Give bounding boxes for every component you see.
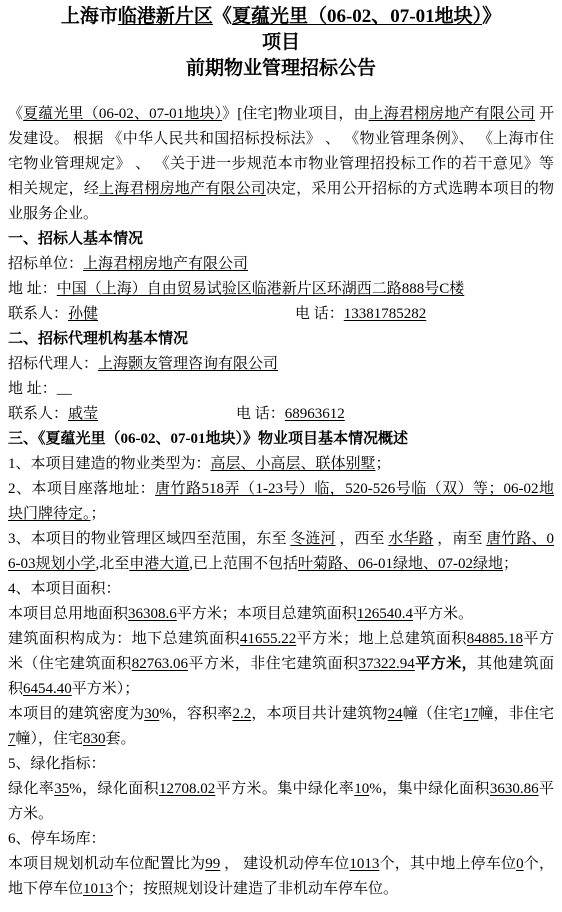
item-4-area-label: 4、本项目面积： [8, 577, 554, 602]
title-line-3: 前期物业管理招标公告 [8, 56, 554, 82]
bidder-contact-name: 联系人：孙健 [8, 302, 295, 327]
section-1-heading: 一、招标人基本情况 [8, 227, 554, 252]
item-4-area-line-1: 本项目总用地面积36308.6平方米；本项目总建筑面积126540.4平方米。 [8, 602, 554, 627]
item-6-parking-label: 6、停车场库： [8, 827, 554, 852]
section-2-heading: 二、招标代理机构基本情况 [8, 327, 554, 352]
bidder-unit-line: 招标单位：上海君栩房地产有限公司 [8, 252, 554, 277]
agent-contact-phone: 电 话：68963612 [236, 402, 345, 427]
item-4-area-line-2: 建筑面积构成为：地下总建筑面积41655.22平方米；地上总建筑面积84885.… [8, 627, 554, 702]
item-2-location: 2、本项目座落地址：唐竹路518弄（1-23号）临，520-526号临（双）等；… [8, 477, 554, 527]
item-4-area-line-3: 本项目的建筑密度为30%，容积率2.2，本项目共计建筑物24幢（住宅17幢，非住… [8, 702, 554, 752]
agent-contact-name: 联系人：戚莹 [8, 402, 236, 427]
agent-contact-row: 联系人：戚莹 电 话：68963612 [8, 402, 554, 427]
agent-name-line: 招标代理人：上海颢友管理咨询有限公司 [8, 352, 554, 377]
section-3-heading: 三、《夏蕴光里（06-02、07-01地块）》物业项目基本情况概述 [8, 427, 554, 452]
item-5-greening-label: 5、绿化指标： [8, 752, 554, 777]
agent-address-line: 地 址：__ [8, 377, 554, 402]
title-line-2: 项目 [8, 30, 554, 56]
bidder-contact-phone: 电 话：13381785282 [295, 302, 426, 327]
item-1-property-type: 1、本项目建造的物业类型为：高层、小高层、联体别墅； [8, 452, 554, 477]
item-3-boundaries: 3、本项目的物业管理区域四至范围，东至 冬涟河 ，西至 水华路 ，南至 唐竹路、… [8, 527, 554, 577]
item-6-parking-line: 本项目规划机动车位配置比为99 ， 建设机动停车位1013个，其中地上停车位0个… [8, 852, 554, 902]
bidder-contact-row: 联系人：孙健 电 话：13381785282 [8, 302, 554, 327]
document-page: 上海市临港新片区《夏蕴光里（06-02、07-01地块）》 项目 前期物业管理招… [0, 0, 562, 912]
document-title: 上海市临港新片区《夏蕴光里（06-02、07-01地块）》 项目 前期物业管理招… [8, 4, 554, 82]
intro-paragraph: 《夏蕴光里（06-02、07-01地块）》[住宅]物业项目，由上海君栩房地产有限… [8, 102, 554, 227]
item-5-greening-line: 绿化率35%，绿化面积12708.02平方米。集中绿化率10%，集中绿化面积36… [8, 777, 554, 827]
bidder-address-line: 地 址：中国（上海）自由贸易试验区临港新片区环湖西二路888号C楼 [8, 277, 554, 302]
title-line-1: 上海市临港新片区《夏蕴光里（06-02、07-01地块）》 [8, 4, 554, 30]
